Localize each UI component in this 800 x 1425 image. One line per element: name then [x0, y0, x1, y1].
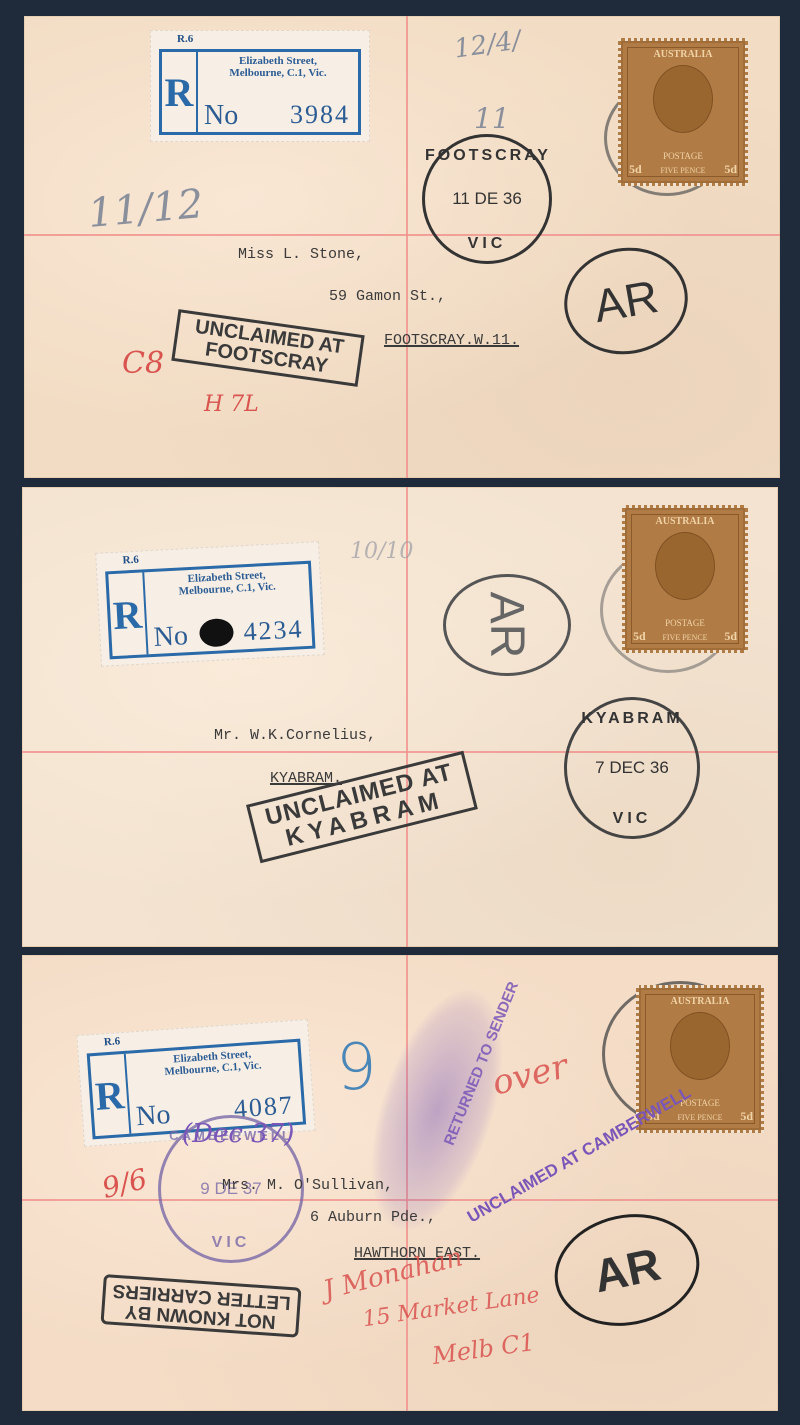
ar-oval-stamp: AR	[443, 574, 571, 676]
pencil-note-1: 10/10	[350, 539, 413, 564]
pencil-note-2: 11	[474, 102, 510, 135]
red-ink-note-2: H 7L	[204, 392, 259, 417]
postage-stamp: AUSTRALIA POSTAGE 5d 5d FIVE PENCE	[618, 38, 748, 186]
pencil-note-1: 12/4/	[452, 25, 523, 64]
registration-number: 3984	[290, 100, 350, 130]
postmark-state: VIC	[161, 1234, 301, 1252]
address-line-1: Miss L. Stone,	[238, 246, 364, 263]
postage-stamp: AUSTRALIA POSTAGE 5d 5d FIVE PENCE	[622, 505, 748, 653]
envelope-cover-3: R.6 R Elizabeth Street,Melbourne, C.1, V…	[22, 955, 778, 1411]
registration-label: R.6 R Elizabeth Street,Melbourne, C.1, V…	[150, 30, 370, 142]
postmark-date: 11 DE 36	[425, 189, 549, 209]
address-line-2: 59 Gamon St.,	[329, 288, 446, 305]
label-no-prefix: No	[153, 620, 189, 654]
label-form-number: R.6	[122, 554, 139, 567]
postmark-kyabram: KYABRAM 7 DEC 36 VIC	[564, 697, 700, 839]
stamp-caption: POSTAGE	[625, 618, 745, 628]
blue-ink-note: 9	[336, 1031, 377, 1105]
postmark-state: VIC	[567, 810, 697, 828]
unclaimed-handstamp: UNCLAIMED AT KYABRAM	[246, 751, 478, 864]
red-ink-forwarding-city: Melb C1	[431, 1328, 537, 1370]
address-line-1: Mr. W.K.Cornelius,	[214, 727, 376, 744]
registration-red-line-horizontal	[24, 234, 780, 236]
stamp-country: AUSTRALIA	[639, 996, 761, 1007]
ar-oval-stamp: AR	[556, 238, 697, 364]
label-office-line1: Elizabeth Street,	[239, 55, 317, 67]
label-form-number: R.6	[104, 1035, 121, 1048]
stamp-country: AUSTRALIA	[621, 49, 745, 60]
red-ink-note-1: C8	[122, 346, 164, 381]
label-no-prefix: No	[204, 100, 238, 132]
address-line-2: 6 Auburn Pde.,	[310, 1209, 436, 1226]
stamp-value-words: FIVE PENCE	[625, 633, 745, 642]
registration-red-line-vertical	[406, 16, 408, 478]
unclaimed-handstamp: UNCLAIMED AT FOOTSCRAY	[171, 309, 364, 387]
registration-label: R.6 R Elizabeth Street,Melbourne, C.1, V…	[95, 541, 325, 667]
king-portrait-icon	[655, 532, 715, 600]
ar-oval-stamp: AR	[544, 1201, 710, 1339]
address-line-1: Mrs. M. O'Sullivan,	[222, 1177, 393, 1194]
king-portrait-icon	[653, 65, 713, 133]
registration-r-letter: R	[90, 1054, 131, 1136]
pencil-note-3: 11/12	[86, 181, 205, 237]
label-office-line2: Melbourne, C.1, Vic.	[229, 67, 326, 79]
postmark-date: 7 DEC 36	[567, 758, 697, 778]
ink-blot	[199, 618, 234, 648]
registration-r-letter: R	[108, 572, 148, 656]
envelope-cover-1: R.6 R Elizabeth Street,Melbourne, C.1, V…	[24, 16, 780, 478]
registration-r-letter: R	[162, 52, 198, 132]
not-known-handstamp: NOT KNOWN BY LETTER CARRIERS	[101, 1274, 302, 1338]
stamp-caption: POSTAGE	[621, 151, 745, 161]
king-portrait-icon	[670, 1012, 730, 1080]
postmark-town: FOOTSCRAY	[425, 147, 549, 165]
violet-date-note: (Dec 37)	[182, 1119, 294, 1149]
postmark-state: VIC	[425, 235, 549, 253]
postmark-town: KYABRAM	[567, 710, 697, 728]
unclaimed-at-camberwell-handstamp: UNCLAIMED AT CAMBERWELL	[464, 1083, 695, 1228]
address-line-3: FOOTSCRAY.W.11.	[384, 332, 519, 349]
envelope-cover-2: R.6 R Elizabeth Street,Melbourne, C.1, V…	[22, 487, 778, 947]
stamp-country: AUSTRALIA	[625, 516, 745, 527]
postmark-footscray: FOOTSCRAY 11 DE 36 VIC	[422, 134, 552, 264]
label-form-number: R.6	[177, 33, 193, 45]
registration-number: 4234	[243, 614, 304, 647]
stamp-value-words: FIVE PENCE	[621, 166, 745, 175]
